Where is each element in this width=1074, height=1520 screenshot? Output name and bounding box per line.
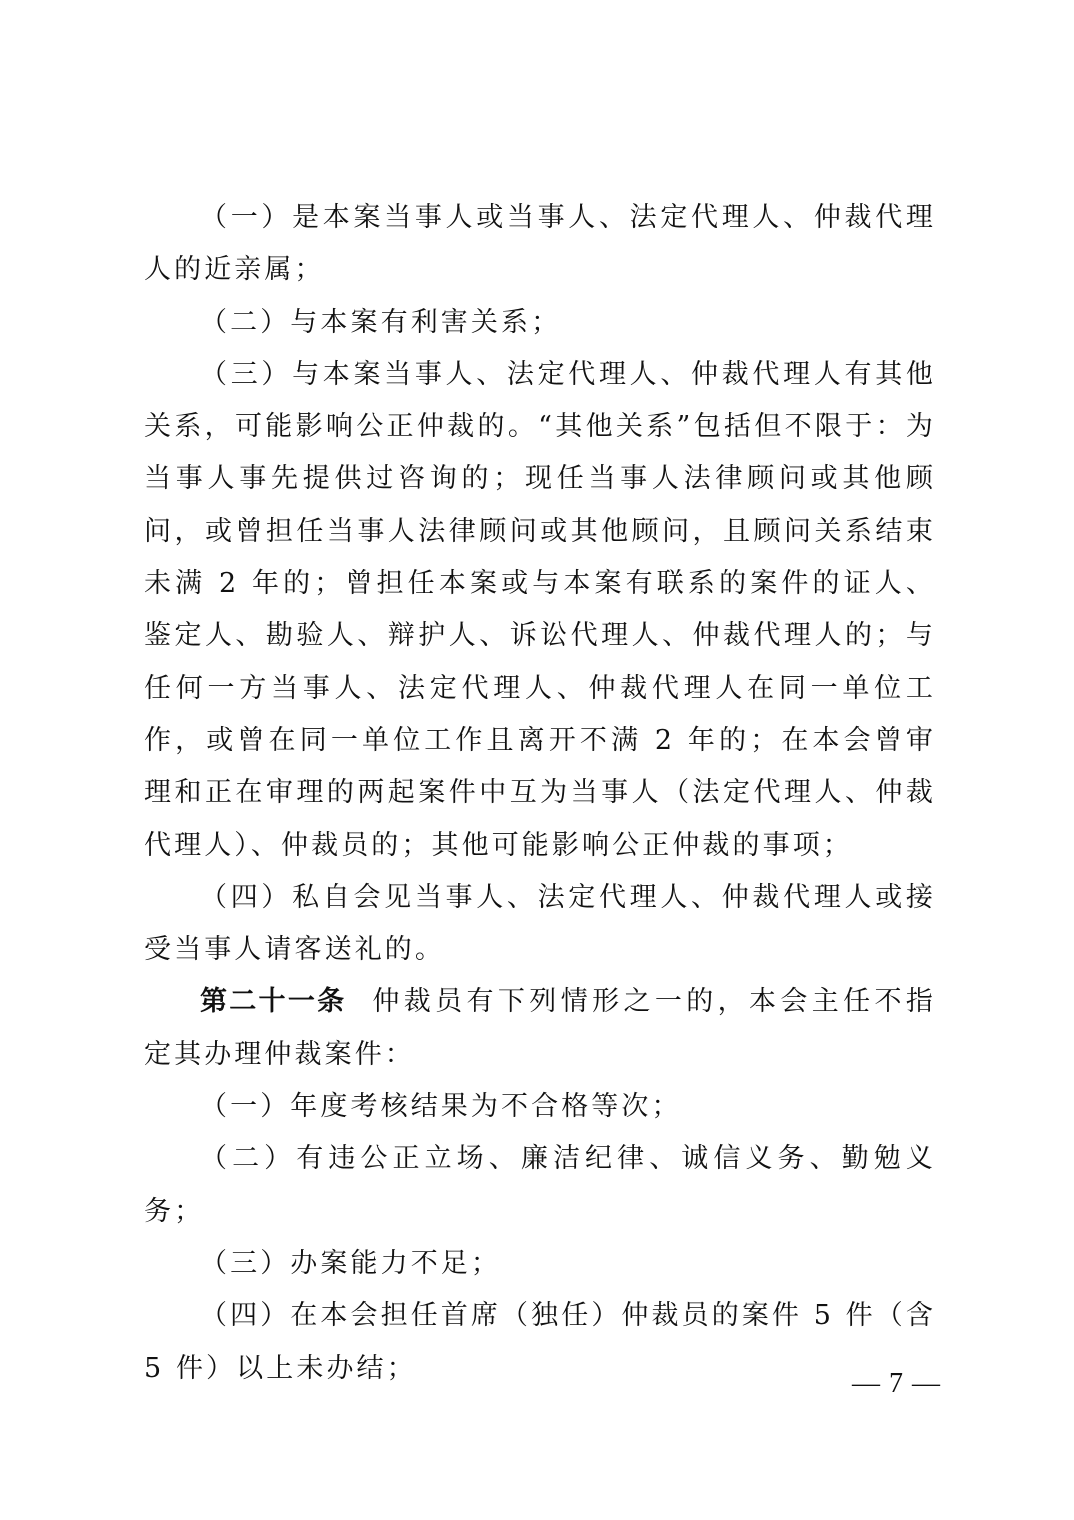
clause-item-1: （一）是本案当事人或当事人、法定代理人、仲裁代理人的近亲属； bbox=[144, 192, 936, 297]
article-21-item-2: （二）有违公正立场、廉洁纪律、诚信义务、勤勉义务； bbox=[144, 1133, 936, 1238]
clause-item-2: （二）与本案有利害关系； bbox=[144, 297, 936, 349]
clause-item-3: （三）与本案当事人、法定代理人、仲裁代理人有其他关系，可能影响公正仲裁的。“其他… bbox=[144, 349, 936, 872]
article-21: 第二十一条仲裁员有下列情形之一的，本会主任不指定其办理仲裁案件： bbox=[144, 976, 936, 1081]
article-21-item-4: （四）在本会担任首席（独任）仲裁员的案件 5 件（含 5 件）以上未办结； bbox=[144, 1290, 936, 1395]
page-number: — 7 — bbox=[852, 1368, 941, 1400]
article-21-item-1: （一）年度考核结果为不合格等次； bbox=[144, 1081, 936, 1133]
article-title: 第二十一条 bbox=[200, 986, 346, 1017]
clause-item-4: （四）私自会见当事人、法定代理人、仲裁代理人或接受当事人请客送礼的。 bbox=[144, 872, 936, 977]
article-21-item-3: （三）办案能力不足； bbox=[144, 1238, 936, 1290]
document-page: （一）是本案当事人或当事人、法定代理人、仲裁代理人的近亲属； （二）与本案有利害… bbox=[144, 192, 936, 1395]
